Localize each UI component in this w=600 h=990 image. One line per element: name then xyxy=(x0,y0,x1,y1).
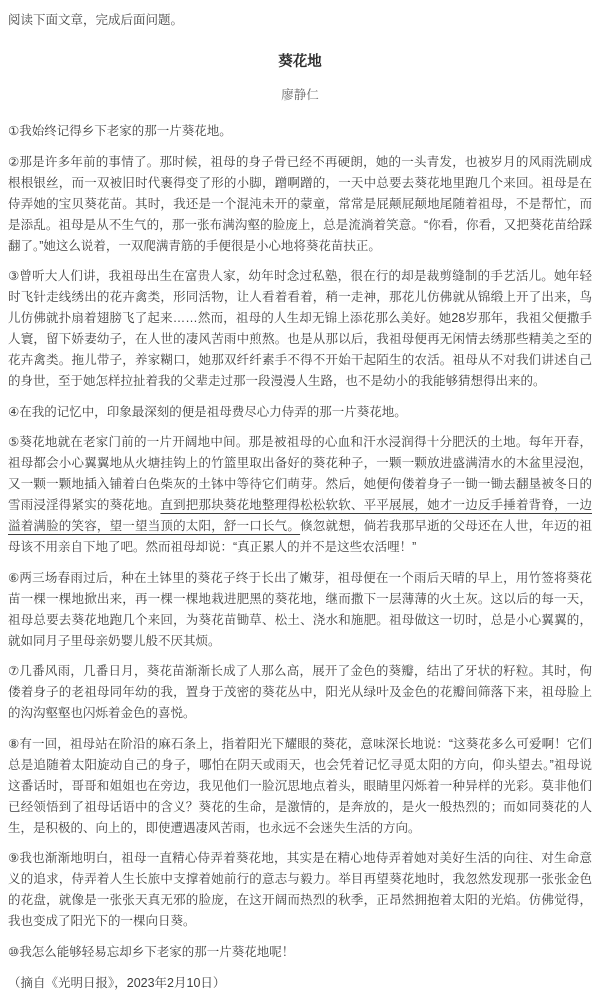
paragraph-4: ④在我的记忆中，印象最深刻的便是祖母费尽心力侍弄的那一片葵花地。 xyxy=(8,402,592,423)
source-citation: （摘自《光明日报》，2023年2月10日） xyxy=(8,973,592,990)
paragraph-7: ⑦几番风雨，几番日月，葵花苗渐渐长成了人那么高，展开了金色的葵瓣，结出了牙状的籽… xyxy=(8,661,592,724)
paragraph-1: ①我始终记得乡下老家的那一片葵花地。 xyxy=(8,121,592,142)
document-page: 阅读下面文章，完成后面问题。 葵花地 廖静仁 ①我始终记得乡下老家的那一片葵花地… xyxy=(0,0,600,990)
paragraph-5: ⑤葵花地就在老家门前的一片开阔地中间。那是被祖母的心血和汗水浸润得十分肥沃的土地… xyxy=(8,432,592,558)
paragraph-9: ⑨我也渐渐地明白，祖母一直精心侍弄着葵花地，其实是在精心地侍弄着她对美好生活的向… xyxy=(8,848,592,932)
article-title: 葵花地 xyxy=(8,51,592,73)
paragraph-3: ③曾听大人们讲，我祖母出生在富贵人家，幼年时念过私塾，很在行的却是裁剪缝制的手艺… xyxy=(8,266,592,392)
paragraph-8: ⑧有一回，祖母站在阶沿的麻石条上，指着阳光下耀眼的葵花，意味深长地说：“这葵花多… xyxy=(8,734,592,839)
reading-instruction: 阅读下面文章，完成后面问题。 xyxy=(8,10,592,31)
paragraph-10: ⑩我怎么能够轻易忘却乡下老家的那一片葵花地呢！ xyxy=(8,942,592,963)
article-author: 廖静仁 xyxy=(8,85,592,106)
paragraph-6: ⑥两三场春雨过后，种在土钵里的葵花子终于长出了嫩芽，祖母便在一个雨后天晴的早上，… xyxy=(8,568,592,652)
paragraph-2: ②那是许多年前的事情了。那时候，祖母的身子骨已经不再硬朗，她的一头青发，也被岁月… xyxy=(8,152,592,257)
